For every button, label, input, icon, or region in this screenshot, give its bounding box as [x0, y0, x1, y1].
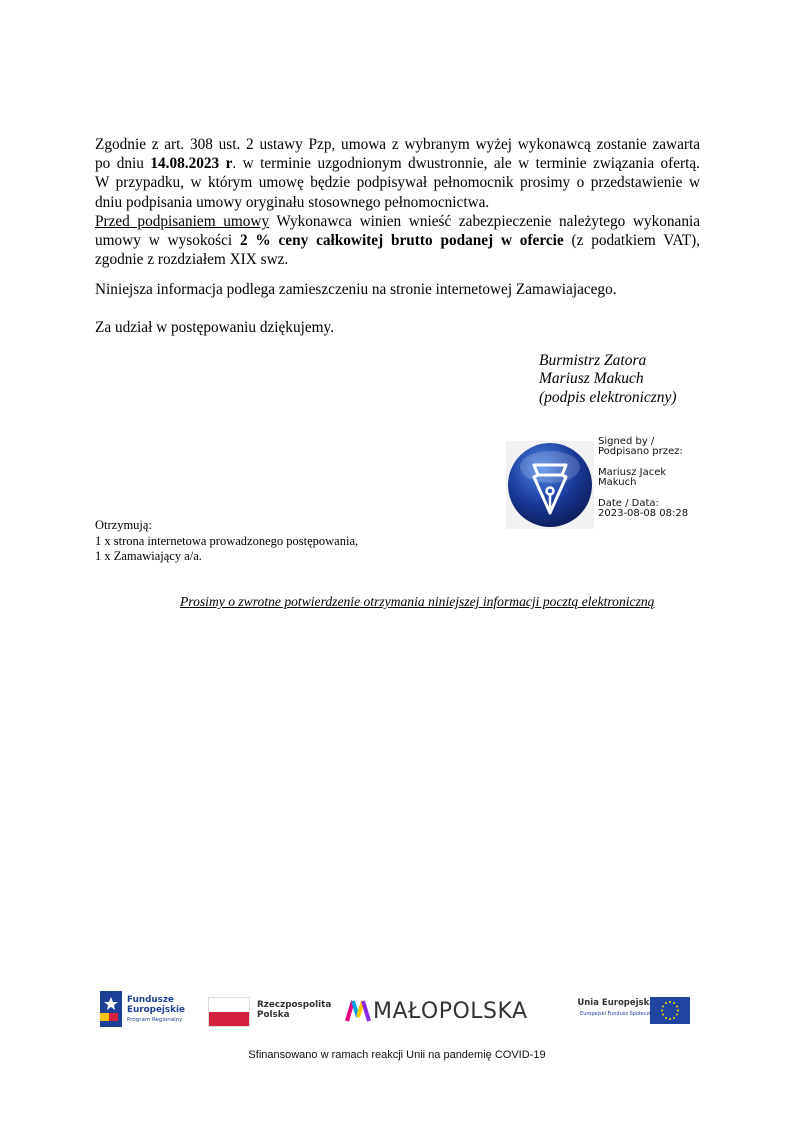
- text-line: W przypadku, w którym umowę będzie podpi…: [95, 173, 700, 192]
- funding-logos-bar: Fundusze Europejskie Program Regionalny …: [95, 985, 700, 1035]
- recipients-list: Otrzymują: 1 x strona internetowa prowad…: [95, 518, 358, 565]
- text-line: umowy w wysokości 2 % ceny całkowitej br…: [95, 231, 700, 250]
- eu-flag-icon: [650, 997, 690, 1024]
- signatory-name: Mariusz Makuch: [539, 370, 677, 388]
- unia-europejska-logo: Unia Europejska Europejski Fundusz Społe…: [555, 998, 655, 1020]
- rzeczpospolita-polska-logo: Rzeczpospolita Polska: [257, 1000, 331, 1020]
- text-line: po dniu 14.08.2023 r. w terminie uzgodni…: [95, 154, 700, 173]
- signatory-block: Burmistrz Zatora Mariusz Makuch (podpis …: [539, 352, 677, 407]
- list-item: 1 x Zamawiający a/a.: [95, 549, 358, 565]
- malopolska-m-icon: [345, 997, 371, 1023]
- signature-date: 2023-08-08 08:28: [598, 509, 688, 519]
- electronic-signature-stamp: Signed by / Podpisano przez: Mariusz Jac…: [506, 437, 706, 532]
- thanks-note: Za udział w postępowaniu dziękujemy.: [95, 318, 700, 337]
- text-line: zgodnie z rozdziałem XIX swz.: [95, 250, 700, 269]
- signature-details: Signed by / Podpisano przez: Mariusz Jac…: [598, 437, 688, 519]
- confirmation-request: Prosimy o zwrotne potwierdzenie otrzyman…: [180, 594, 654, 610]
- polish-flag-icon: [208, 997, 250, 1027]
- signature-note: (podpis elektroniczny): [539, 389, 677, 407]
- fe-star-icon: [100, 991, 122, 1027]
- recipients-heading: Otrzymują:: [95, 518, 358, 534]
- text-line: dniu podpisania umowy oryginału stosowne…: [95, 193, 700, 212]
- text-line: Przed podpisaniem umowy Wykonawca winien…: [95, 212, 700, 231]
- paragraph-security-deposit: Przed podpisaniem umowy Wykonawca winien…: [95, 212, 700, 270]
- funding-note: Sfinansowano w ramach reakcji Unii na pa…: [0, 1049, 794, 1061]
- publication-note: Niniejsza informacja podlega zamieszczen…: [95, 280, 700, 299]
- fundusze-europejskie-logo: Fundusze Europejskie Program Regionalny: [95, 985, 205, 1035]
- list-item: 1 x strona internetowa prowadzonego post…: [95, 534, 358, 550]
- paragraph-contract-terms: Zgodnie z art. 308 ust. 2 ustawy Pzp, um…: [95, 135, 700, 212]
- fountain-pen-icon: [506, 441, 594, 529]
- signatory-title: Burmistrz Zatora: [539, 352, 677, 370]
- malopolska-logo: MAŁOPOLSKA: [345, 997, 371, 1027]
- contract-date: 14.08.2023 r: [150, 155, 232, 172]
- text-line: Zgodnie z art. 308 ust. 2 ustawy Pzp, um…: [95, 135, 700, 154]
